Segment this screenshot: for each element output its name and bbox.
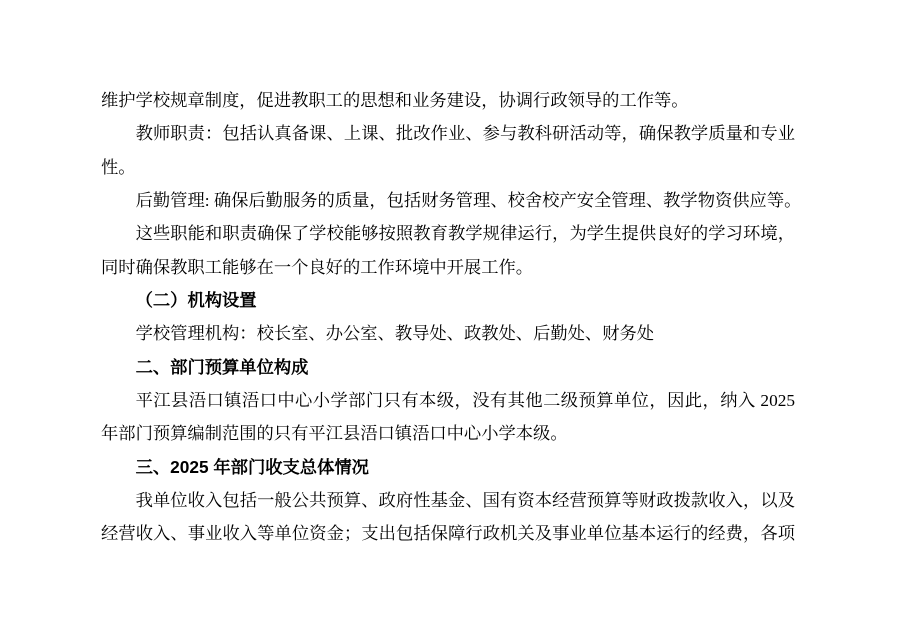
text-line: 维护学校规章制度，促进教职工的思想和业务建设，协调行政领导的工作等。 <box>101 84 795 117</box>
text-line: 教师职责：包括认真备课、上课、批改作业、参与教科研活动等，确保教学质量和专业 <box>101 117 795 150</box>
text-line: 我单位收入包括一般公共预算、政府性基金、国有资本经营预算等财政拨款收入，以及 <box>101 484 795 517</box>
section-heading-organization: （二）机构设置 <box>101 284 795 317</box>
page-content: 维护学校规章制度，促进教职工的思想和业务建设，协调行政领导的工作等。 教师职责：… <box>101 84 795 551</box>
section-heading-budget-overview: 三、2025 年部门收支总体情况 <box>101 451 795 484</box>
text-line: 同时确保教职工能够在一个良好的工作环境中开展工作。 <box>101 251 795 284</box>
text-line: 平江县浯口镇浯口中心小学部门只有本级，没有其他二级预算单位，因此，纳入 2025 <box>101 384 795 417</box>
text-line: 学校管理机构：校长室、办公室、教导处、政教处、后勤处、财务处 <box>101 317 795 350</box>
text-line: 年部门预算编制范围的只有平江县浯口镇浯口中心小学本级。 <box>101 417 795 450</box>
text-line: 经营收入、事业收入等单位资金；支出包括保障行政机关及事业单位基本运行的经费，各项 <box>101 517 795 550</box>
text-line: 性。 <box>101 151 795 184</box>
text-line: 后勤管理: 确保后勤服务的质量，包括财务管理、校舍校产安全管理、教学物资供应等。 <box>101 184 795 217</box>
section-heading-budget-units: 二、部门预算单位构成 <box>101 351 795 384</box>
document-page: 维护学校规章制度，促进教职工的思想和业务建设，协调行政领导的工作等。 教师职责：… <box>0 0 900 636</box>
text-line: 这些职能和职责确保了学校能够按照教育教学规律运行，为学生提供良好的学习环境， <box>101 217 795 250</box>
